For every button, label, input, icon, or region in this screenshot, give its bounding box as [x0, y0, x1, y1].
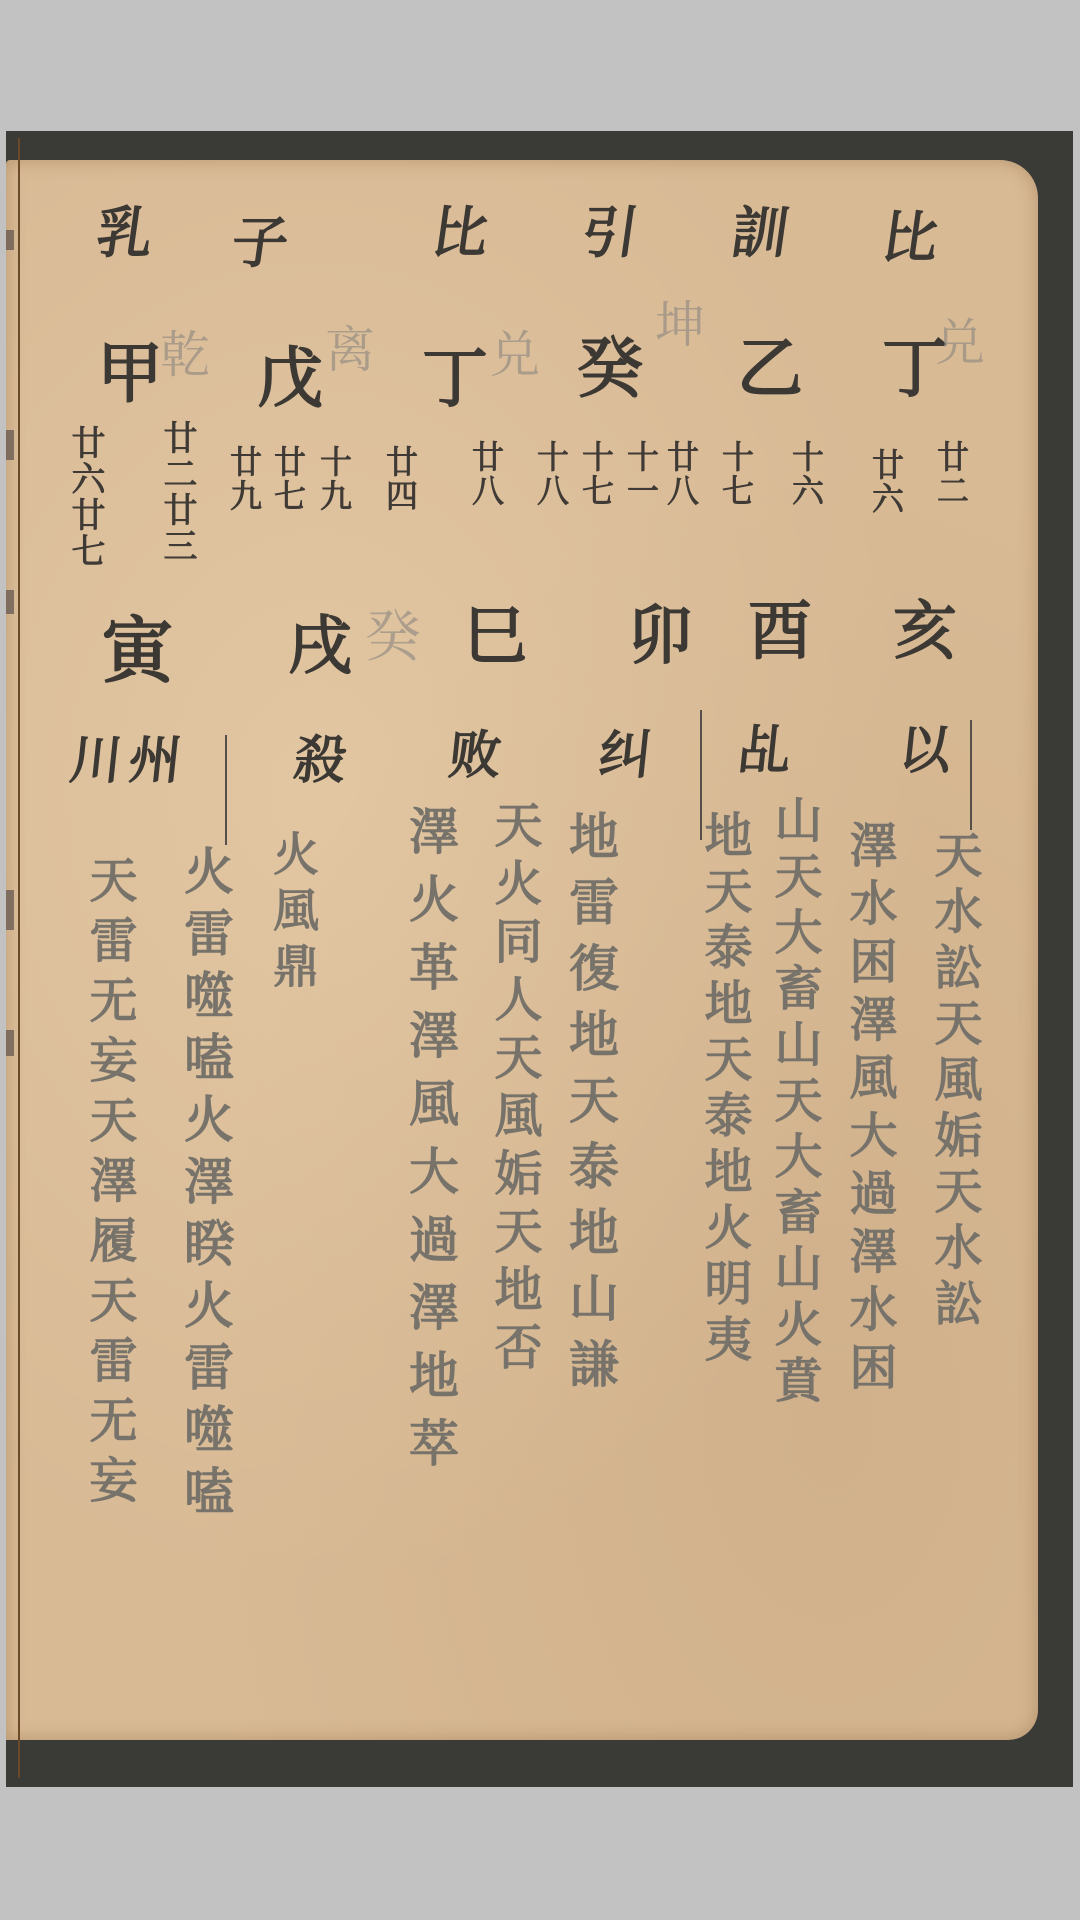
day-number-14: 廿六	[870, 448, 902, 516]
day-number-11: 廿八	[665, 440, 697, 508]
hexagram-column-6: 天火同人天風姤天地否	[490, 800, 538, 1380]
hexagram-column-8: 火風鼎	[270, 830, 316, 998]
stem-wu: 戊	[255, 345, 325, 411]
top-mark-6: 比	[856, 210, 964, 266]
branch-hai: 亥	[890, 600, 960, 664]
bottom-mark-1: 川	[67, 735, 122, 787]
day-number-7: 廿八	[470, 440, 502, 508]
pencil-note-li: 离	[325, 325, 375, 375]
hexagram-column-10: 天雷无妄天澤履天雷无妄	[85, 855, 133, 1515]
pencil-note-qian: 乾	[160, 330, 210, 380]
pencil-note-kun: 坤	[655, 300, 705, 350]
bottom-mark-7: 以	[877, 725, 972, 777]
hexagram-column-7: 澤火革澤風大過澤地萃	[405, 805, 455, 1485]
hexagram-column-9: 火雷噬嗑火澤睽火雷噬嗑	[180, 845, 230, 1527]
branch-mao: 卯	[625, 605, 695, 669]
pencil-note-dui-2: 兑	[935, 318, 985, 368]
day-number-13: 十六	[790, 440, 822, 508]
hexagram-column-3: 山天大畜山天大畜山火賁	[770, 795, 818, 1411]
day-number-6: 廿四	[384, 445, 416, 513]
stem-yi: 乙	[735, 335, 805, 401]
column-rule-1	[225, 735, 227, 845]
day-number-12: 十七	[720, 440, 752, 508]
top-mark-4: 引	[551, 205, 669, 261]
day-number-8: 十八	[535, 440, 567, 508]
top-mark-2: 子	[226, 215, 294, 271]
day-number-2: 廿二廿三	[160, 420, 194, 564]
day-number-5: 十九	[318, 445, 350, 513]
day-number-10: 十一	[625, 440, 657, 508]
hexagram-column-2: 澤水困澤風大過澤水困	[845, 820, 893, 1400]
hexagram-column-5: 地雷復地天泰地山謙	[565, 810, 615, 1404]
hexagram-column-4: 地天泰地天泰地火明夷	[700, 810, 748, 1370]
top-mark-5: 訓	[706, 205, 814, 261]
top-mark-3: 比	[401, 205, 519, 261]
bottom-mark-5: 纠	[577, 730, 672, 782]
bottom-mark-2: 州	[117, 735, 192, 787]
top-mark-1: 乳	[66, 205, 184, 261]
binding-spine-line	[18, 138, 20, 1778]
hexagram-column-1: 天水訟天風姤天水訟	[930, 830, 978, 1334]
day-number-15: 廿二	[935, 440, 967, 508]
day-number-4: 廿七	[272, 445, 304, 513]
stem-ding-1: 丁	[420, 345, 490, 411]
bottom-mark-6: 乩	[717, 725, 812, 777]
adjacent-page-fragments	[6, 170, 18, 1730]
column-rule-3	[970, 720, 972, 830]
branch-yin: 寅	[100, 615, 175, 687]
day-number-3: 廿九	[228, 445, 260, 513]
pencil-note-gui: 癸	[365, 610, 421, 666]
stem-gui: 癸	[575, 335, 645, 401]
pencil-note-dui-1: 兑	[490, 330, 540, 380]
day-number-9: 十七	[580, 440, 612, 508]
bottom-mark-4: 败	[427, 730, 522, 782]
stem-jia: 甲	[95, 340, 165, 406]
bottom-mark-3: 殺	[272, 735, 367, 787]
branch-you: 酉	[745, 600, 815, 664]
branch-si: 巳	[460, 605, 530, 669]
day-number-1: 廿六廿七	[68, 425, 102, 569]
branch-xu: 戌	[285, 615, 355, 679]
